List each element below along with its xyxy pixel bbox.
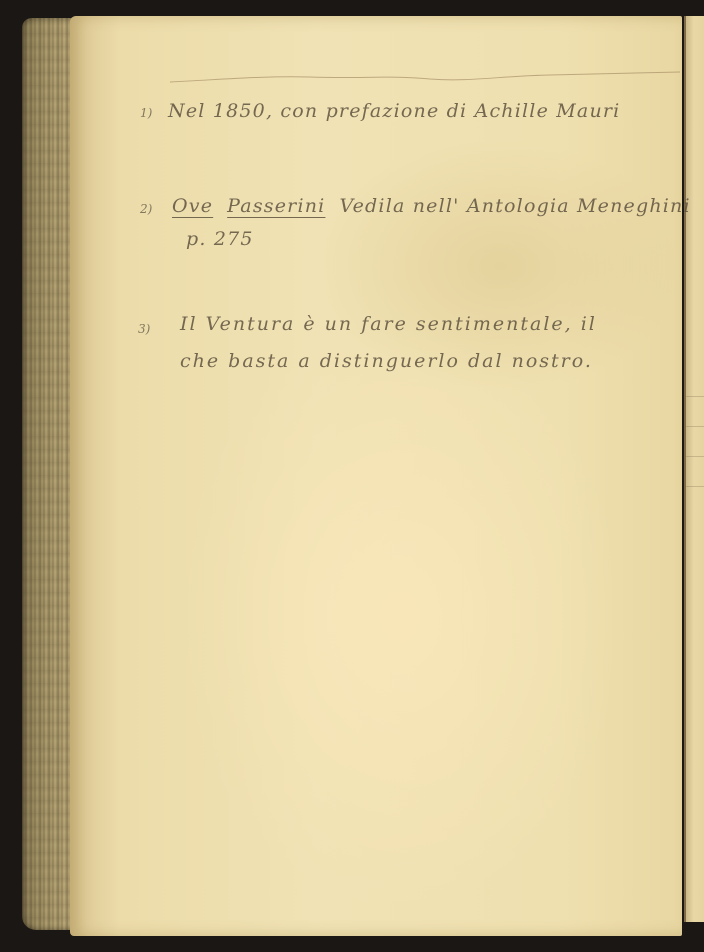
note-2-line-1: OvePasseriniVedila nell' Antologia Meneg… — [172, 195, 691, 217]
note-2-line-2: p. 275 — [186, 228, 254, 250]
next-page-edge — [684, 16, 704, 922]
note-3-number: 3) — [138, 322, 150, 336]
paper-crease — [170, 70, 680, 84]
note-3-line-1: Il Ventura è un fare sentimentale, il — [180, 313, 597, 335]
note-3-line-2: che basta a distinguerlo dal nostro. — [180, 350, 593, 372]
manuscript-page — [70, 16, 682, 936]
note-2-underlined-passerini: Passerini — [227, 195, 325, 217]
note-1-text: Nel 1850, con prefazione di Achille Maur… — [168, 100, 620, 122]
note-2-rest: Vedila nell' Antologia Meneghini — [339, 195, 690, 217]
note-2-number: 2) — [140, 202, 152, 216]
note-2-underlined-ove: Ove — [172, 195, 213, 217]
manuscript-scan: 1) Nel 1850, con prefazione di Achille M… — [0, 0, 704, 952]
note-1-number: 1) — [140, 106, 152, 120]
